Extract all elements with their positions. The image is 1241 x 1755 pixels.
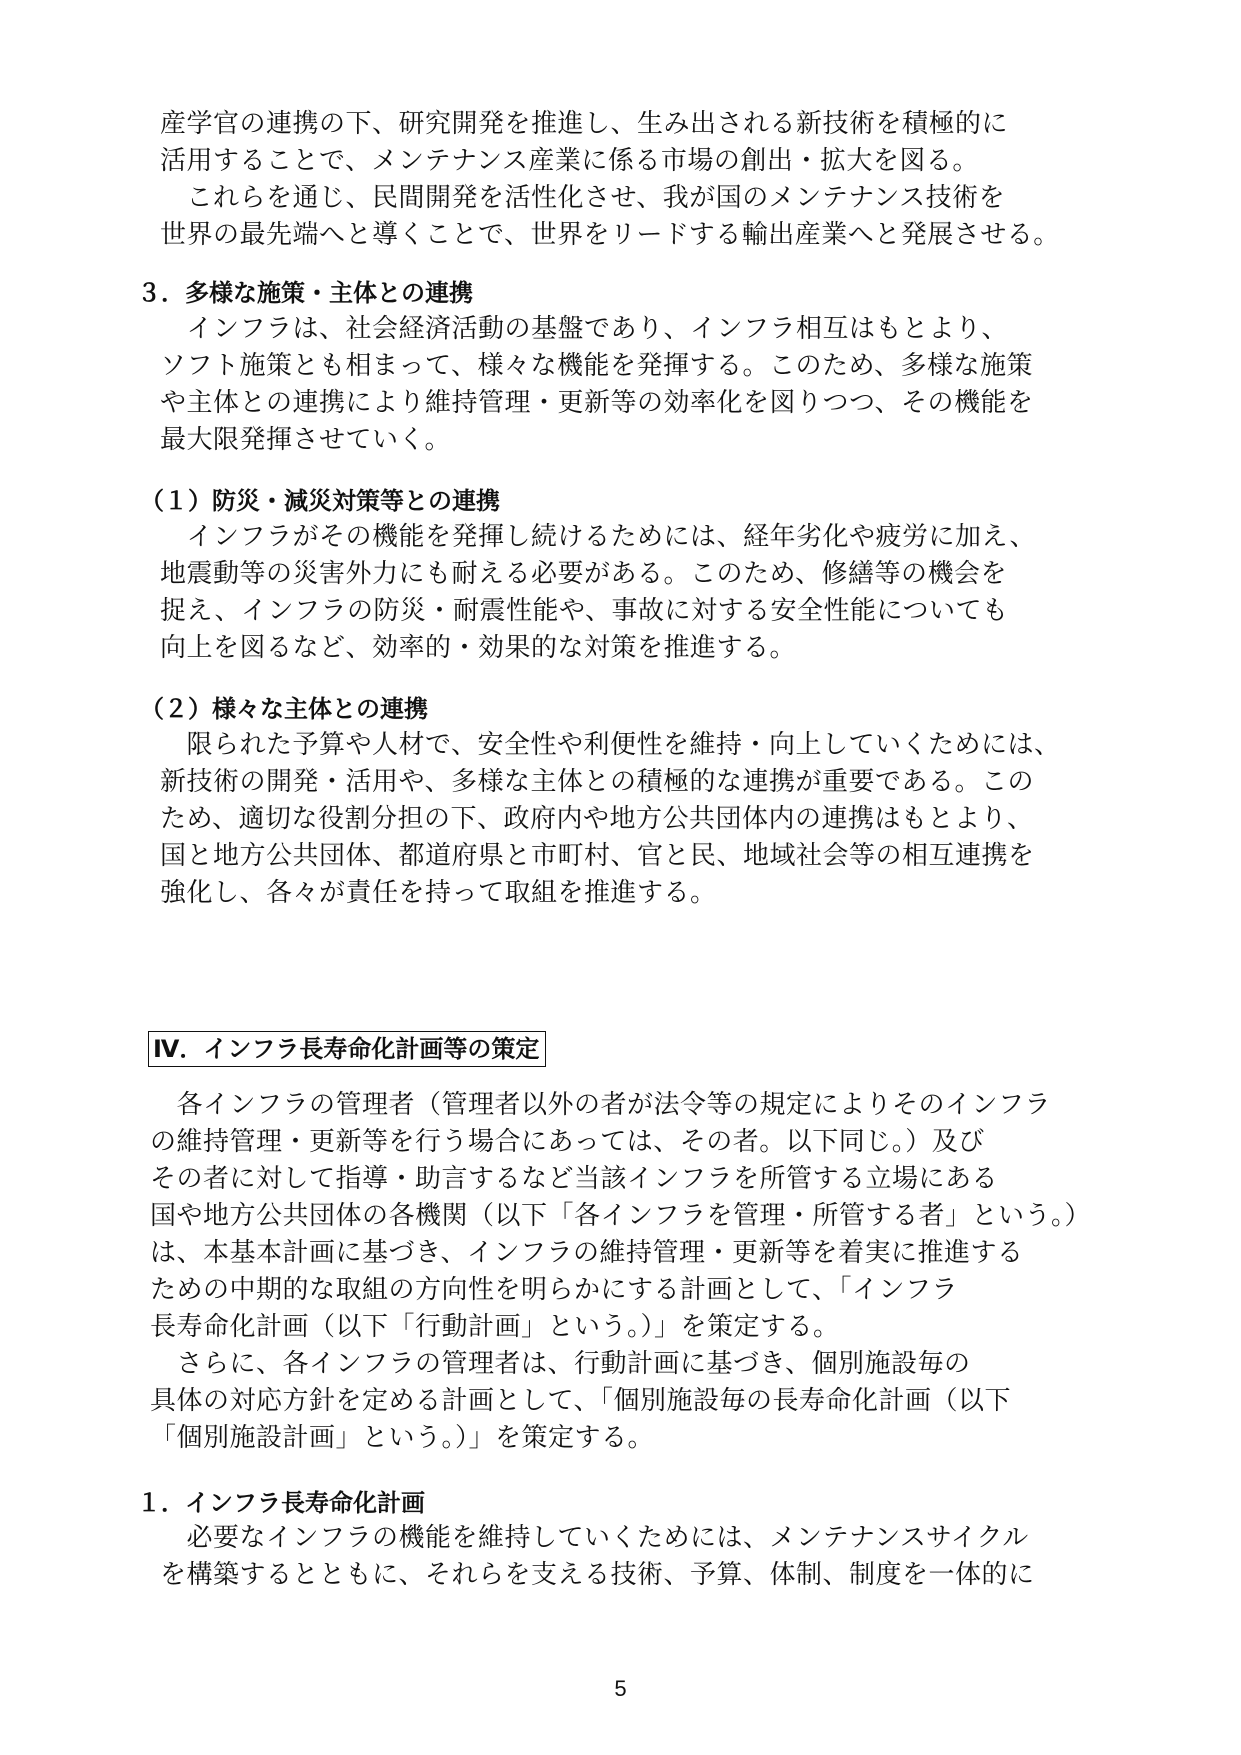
text-line: は、本基本計画に基づき、インフラの維持管理・更新等を着実に推進する (150, 1237, 1023, 1269)
chapter-heading: Ⅳ．インフラ長寿命化計画等の策定 (148, 1031, 546, 1067)
text-line: 限られた予算や人材で、安全性や利便性を維持・向上していくためには、 (160, 729, 1060, 761)
text-line: 捉え、インフラの防災・耐震性能や、事故に対する安全性能についても (160, 595, 1009, 627)
text-line: 最大限発揮させていく。 (160, 424, 451, 456)
text-line: インフラは、社会経済活動の基盤であり、インフラ相互はもとより、 (160, 313, 1008, 345)
text-line: 地震動等の災害外力にも耐える必要がある。このため、修繕等の機会を (160, 558, 1007, 590)
text-line: ソフト施策とも相まって、様々な機能を発揮する。このため、多様な施策 (160, 350, 1033, 382)
text-line: の維持管理・更新等を行う場合にあっては、その者。以下同じ。）及び (150, 1126, 985, 1158)
text-line: を構築するとともに、それらを支える技術、予算、体制、制度を一体的に (160, 1559, 1035, 1591)
text-line: インフラがその機能を発揮し続けるためには、経年劣化や疲労に加え、 (160, 521, 1036, 553)
section-heading: １．インフラ長寿命化計画 (137, 1488, 425, 1518)
text-line: ため、適切な役割分担の下、政府内や地方公共団体内の連携はもとより、 (160, 803, 1033, 835)
text-line: 新技術の開発・活用や、多様な主体との積極的な連携が重要である。この (160, 766, 1034, 798)
text-line: 各インフラの管理者（管理者以外の者が法令等の規定によりそのインフラ (150, 1089, 1051, 1121)
text-line: 向上を図るなど、効率的・効果的な対策を推進する。 (160, 632, 796, 664)
text-line: 必要なインフラの機能を維持していくためには、メンテナンスサイクル (160, 1522, 1029, 1554)
text-line: 長寿命化計画（以下「行動計画」という。）」を策定する。 (150, 1311, 840, 1343)
text-line: ための中期的な取組の方向性を明らかにする計画として、「インフラ (150, 1274, 958, 1306)
text-line: 世界の最先端へと導くことで、世界をリードする輸出産業へと発展させる。 (160, 219, 1060, 251)
text-line: これらを通じ、民間開発を活性化させ、我が国のメンテナンス技術を (160, 182, 1005, 214)
subsection-heading: （２）様々な主体との連携 (140, 694, 428, 724)
text-line: 具体の対応方針を定める計画として、「個別施設毎の長寿命化計画（以下 (150, 1385, 1011, 1417)
text-line: 産学官の連携の下、研究開発を推進し、生み出される新技術を積極的に (160, 108, 1008, 140)
page-number: 5 (0, 1676, 1241, 1702)
text-line: 「個別施設計画」という。）」を策定する。 (150, 1422, 654, 1454)
text-line: や主体との連携により維持管理・更新等の効率化を図りつつ、その機能を (160, 387, 1033, 419)
text-line: 強化し、各々が責任を持って取組を推進する。 (160, 877, 717, 909)
text-line: さらに、各インフラの管理者は、行動計画に基づき、個別施設毎の (150, 1348, 970, 1380)
text-line: 国や地方公共団体の各機関（以下「各インフラを管理・所管する者」という。） (150, 1200, 1091, 1232)
text-line: 国と地方公共団体、都道府県と市町村、官と民、地域社会等の相互連携を (160, 840, 1035, 872)
section-heading: ３．多様な施策・主体との連携 (137, 278, 473, 308)
text-line: その者に対して指導・助言するなど当該インフラを所管する立場にある (150, 1163, 998, 1195)
text-line: 活用することで、メンテナンス産業に係る市場の創出・拡大を図る。 (160, 145, 979, 177)
subsection-heading: （１）防災・減災対策等との連携 (140, 486, 500, 516)
